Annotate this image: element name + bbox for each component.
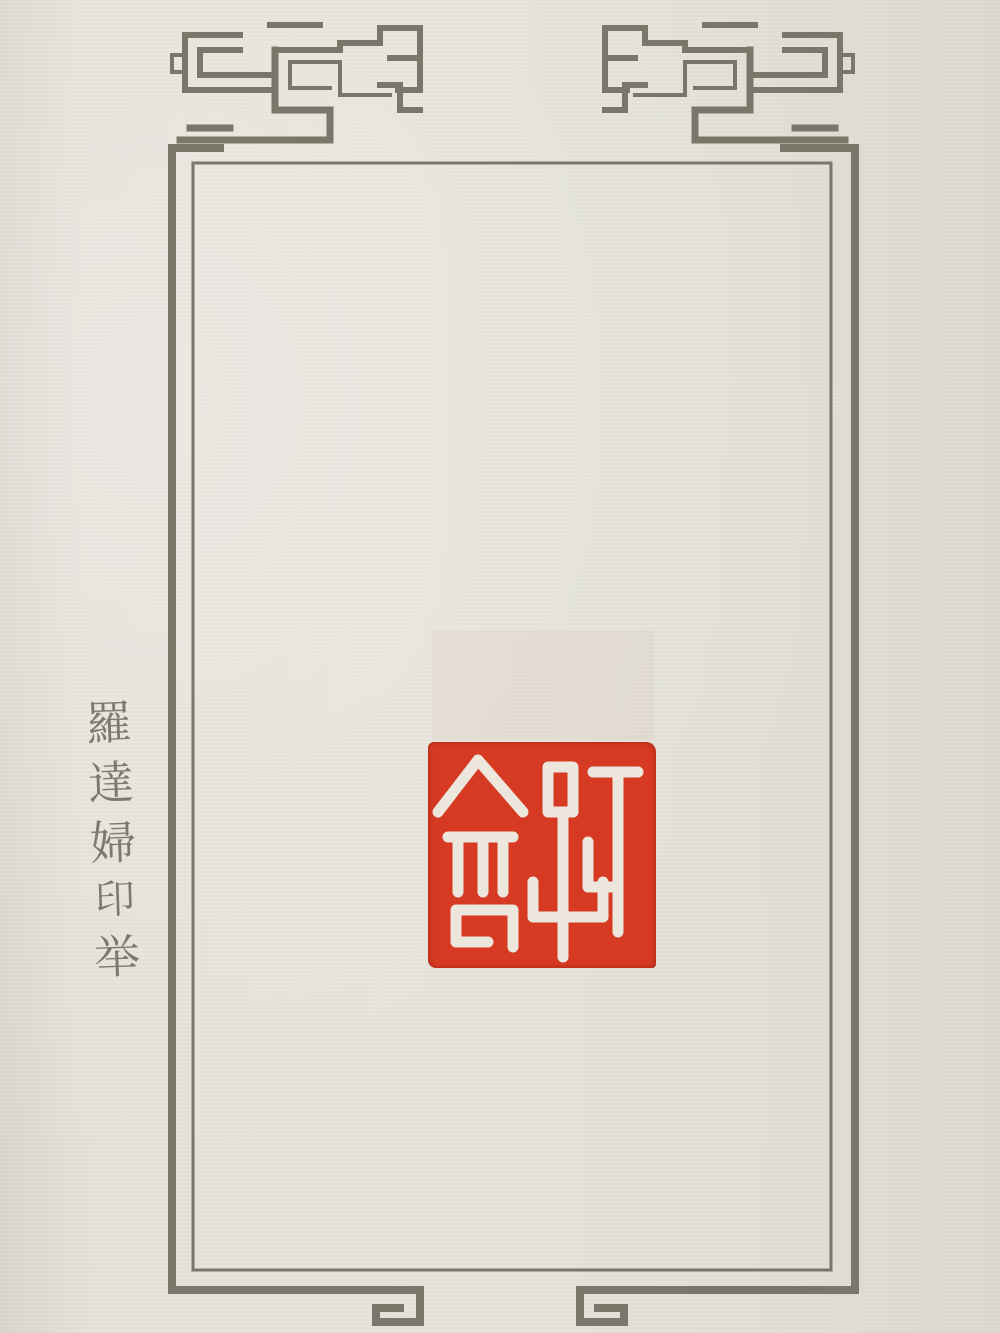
signature-char: 羅 xyxy=(85,699,133,747)
signature-char: 達 xyxy=(87,759,135,807)
signature-char: 婦 xyxy=(89,819,137,867)
seal-ghost-impression xyxy=(432,630,654,740)
red-seal-stamp xyxy=(428,742,656,968)
signature-char: 印 xyxy=(94,879,135,920)
signature-char: 举 xyxy=(93,933,141,981)
seal-carved-glyphs xyxy=(428,742,656,968)
handwritten-signature: 羅 達 婦 印 举 xyxy=(73,699,153,981)
